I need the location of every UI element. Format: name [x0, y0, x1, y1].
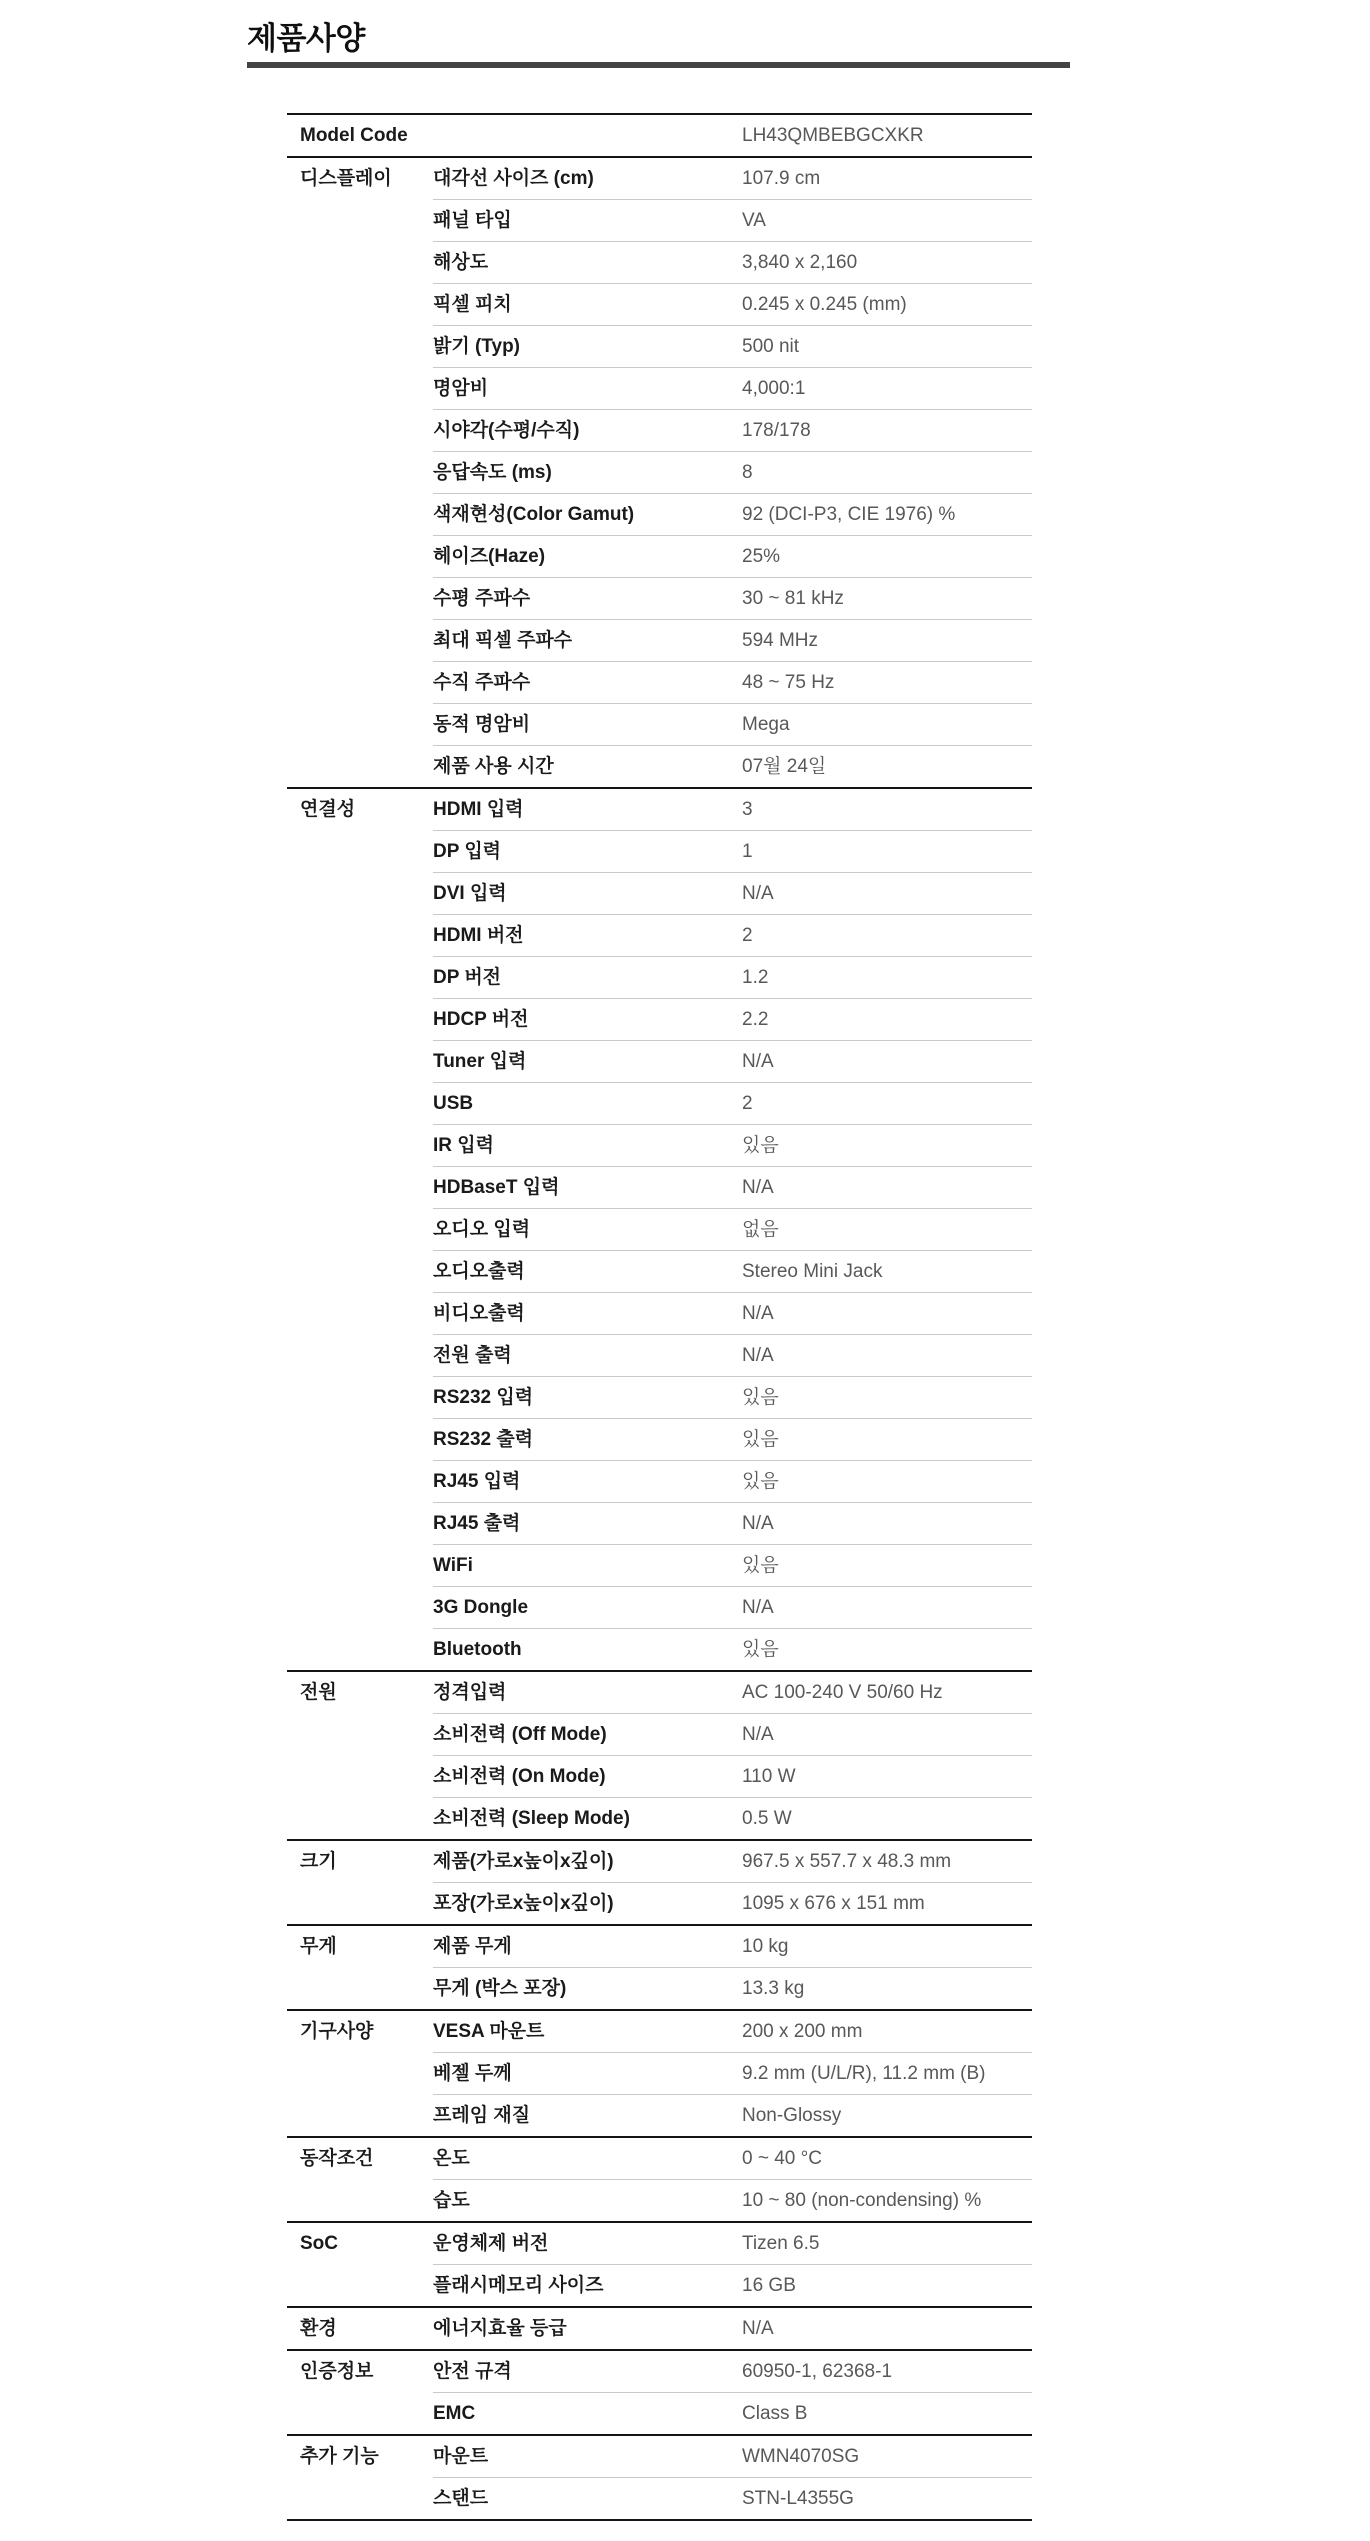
spec-value: 178/178 [742, 420, 1032, 441]
spec-section: 무게 제품 무게 10 kg 무게 (박스 포장) 13.3 kg [287, 1924, 1032, 2009]
spec-value: 07월 24일 [742, 756, 1032, 777]
section-name: 크기 [287, 1841, 433, 1924]
spec-value: N/A [742, 1177, 1032, 1198]
section-rows: 안전 규격 60950-1, 62368-1 EMC Class B [433, 2351, 1032, 2434]
spec-label: 밝기 (Typ) [433, 336, 742, 357]
spec-label: HDCP 버전 [433, 1009, 742, 1030]
spec-row: 최대 픽셀 주파수 594 MHz [433, 619, 1032, 661]
title-underline [247, 62, 1070, 68]
spec-label: WiFi [433, 1555, 742, 1576]
spec-label: 플래시메모리 사이즈 [433, 2275, 742, 2296]
spec-value: 있음 [742, 1135, 1032, 1156]
spec-value: 0 ~ 40 °C [742, 2148, 1032, 2169]
spec-row: 비디오출력 N/A [433, 1292, 1032, 1334]
section-rows: 에너지효율 등급 N/A [433, 2308, 1032, 2349]
spec-label: 제품 사용 시간 [433, 756, 742, 777]
spec-value: 500 nit [742, 336, 1032, 357]
spec-label: 시야각(수평/수직) [433, 420, 742, 441]
spec-row: 온도 0 ~ 40 °C [433, 2138, 1032, 2179]
spec-row: IR 입력 있음 [433, 1124, 1032, 1166]
spec-label: 포장(가로x높이x깊이) [433, 1893, 742, 1914]
spec-value: Class B [742, 2403, 1032, 2424]
spec-value: 10 kg [742, 1936, 1032, 1957]
spec-label: 소비전력 (Sleep Mode) [433, 1808, 742, 1829]
spec-label: 소비전력 (On Mode) [433, 1766, 742, 1787]
spec-row: HDMI 입력 3 [433, 789, 1032, 830]
model-code-value: LH43QMBEBGCXKR [742, 125, 1032, 146]
section-name: SoC [287, 2223, 433, 2306]
spec-value: 10 ~ 80 (non-condensing) % [742, 2190, 1032, 2211]
spec-row: 프레임 재질 Non-Glossy [433, 2094, 1032, 2136]
spec-row: 마운트 WMN4070SG [433, 2436, 1032, 2477]
spec-row: DP 입력 1 [433, 830, 1032, 872]
section-rows: 정격입력 AC 100-240 V 50/60 Hz 소비전력 (Off Mod… [433, 1672, 1032, 1839]
model-code-row: Model Code LH43QMBEBGCXKR [287, 115, 1032, 156]
spec-value: 없음 [742, 1219, 1032, 1240]
spec-row: Tuner 입력 N/A [433, 1040, 1032, 1082]
spec-value: 있음 [742, 1387, 1032, 1408]
spec-label: VESA 마운트 [433, 2021, 742, 2042]
spec-row: 전원 출력 N/A [433, 1334, 1032, 1376]
section-name: 추가 기능 [287, 2436, 433, 2519]
section-name: 환경 [287, 2308, 433, 2349]
spec-value: N/A [742, 883, 1032, 904]
spec-section: SoC 운영체제 버전 Tizen 6.5 플래시메모리 사이즈 16 GB [287, 2221, 1032, 2306]
spec-row: 소비전력 (Off Mode) N/A [433, 1713, 1032, 1755]
spec-label: IR 입력 [433, 1135, 742, 1156]
spec-value: 30 ~ 81 kHz [742, 588, 1032, 609]
spec-row: 운영체제 버전 Tizen 6.5 [433, 2223, 1032, 2264]
section-name: 동작조건 [287, 2138, 433, 2221]
spec-row: DVI 입력 N/A [433, 872, 1032, 914]
page-title: 제품사양 [247, 13, 365, 58]
spec-row: RS232 출력 있음 [433, 1418, 1032, 1460]
spec-value: 1095 x 676 x 151 mm [742, 1893, 1032, 1914]
spec-label: 마운트 [433, 2446, 742, 2467]
spec-value: N/A [742, 1051, 1032, 1072]
spec-row: HDMI 버전 2 [433, 914, 1032, 956]
spec-row: EMC Class B [433, 2392, 1032, 2434]
spec-row: 제품(가로x높이x깊이) 967.5 x 557.7 x 48.3 mm [433, 1841, 1032, 1882]
spec-value: N/A [742, 1597, 1032, 1618]
spec-value: 0.245 x 0.245 (mm) [742, 294, 1032, 315]
section-rows: HDMI 입력 3 DP 입력 1 DVI 입력 N/A HDMI 버전 2 D… [433, 789, 1032, 1670]
spec-value: Stereo Mini Jack [742, 1261, 1032, 1282]
spec-value: 13.3 kg [742, 1978, 1032, 1999]
spec-label: 색재현성(Color Gamut) [433, 504, 742, 525]
spec-label: 최대 픽셀 주파수 [433, 630, 742, 651]
spec-label: DVI 입력 [433, 883, 742, 904]
spec-row: 베젤 두께 9.2 mm (U/L/R), 11.2 mm (B) [433, 2052, 1032, 2094]
spec-label: 수평 주파수 [433, 588, 742, 609]
spec-row: RS232 입력 있음 [433, 1376, 1032, 1418]
spec-label: 오디오출력 [433, 1261, 742, 1282]
section-rows: VESA 마운트 200 x 200 mm 베젤 두께 9.2 mm (U/L/… [433, 2011, 1032, 2136]
spec-value: Tizen 6.5 [742, 2233, 1032, 2254]
spec-label: RJ45 입력 [433, 1471, 742, 1492]
spec-section: 크기 제품(가로x높이x깊이) 967.5 x 557.7 x 48.3 mm … [287, 1839, 1032, 1924]
spec-row: WiFi 있음 [433, 1544, 1032, 1586]
spec-value: 1.2 [742, 967, 1032, 988]
section-rows: 제품(가로x높이x깊이) 967.5 x 557.7 x 48.3 mm 포장(… [433, 1841, 1032, 1924]
spec-label: 제품(가로x높이x깊이) [433, 1851, 742, 1872]
spec-section: 추가 기능 마운트 WMN4070SG 스탠드 STN-L4355G [287, 2434, 1032, 2519]
spec-row: 에너지효율 등급 N/A [433, 2308, 1032, 2349]
spec-label: RS232 출력 [433, 1429, 742, 1450]
section-rows: 마운트 WMN4070SG 스탠드 STN-L4355G [433, 2436, 1032, 2519]
spec-value: 3 [742, 799, 1032, 820]
spec-label: RS232 입력 [433, 1387, 742, 1408]
spec-value: 200 x 200 mm [742, 2021, 1032, 2042]
spec-row: 정격입력 AC 100-240 V 50/60 Hz [433, 1672, 1032, 1713]
spec-row: 대각선 사이즈 (cm) 107.9 cm [433, 158, 1032, 199]
spec-value: STN-L4355G [742, 2488, 1032, 2509]
section-name: 무게 [287, 1926, 433, 2009]
spec-row: 제품 사용 시간 07월 24일 [433, 745, 1032, 787]
spec-label: DP 버전 [433, 967, 742, 988]
spec-value: 0.5 W [742, 1808, 1032, 1829]
spec-label: 온도 [433, 2148, 742, 2169]
spec-section: 전원 정격입력 AC 100-240 V 50/60 Hz 소비전력 (Off … [287, 1670, 1032, 1839]
spec-value: 있음 [742, 1555, 1032, 1576]
spec-value: VA [742, 210, 1032, 231]
spec-value: 1 [742, 841, 1032, 862]
section-name: 연결성 [287, 789, 433, 1670]
spec-row: 헤이즈(Haze) 25% [433, 535, 1032, 577]
spec-label: 오디오 입력 [433, 1219, 742, 1240]
spec-label: 운영체제 버전 [433, 2233, 742, 2254]
spec-label: HDMI 버전 [433, 925, 742, 946]
spec-value: N/A [742, 1303, 1032, 1324]
spec-row: 밝기 (Typ) 500 nit [433, 325, 1032, 367]
spec-row: 응답속도 (ms) 8 [433, 451, 1032, 493]
spec-section: 동작조건 온도 0 ~ 40 °C 습도 10 ~ 80 (non-conden… [287, 2136, 1032, 2221]
spec-row: 안전 규격 60950-1, 62368-1 [433, 2351, 1032, 2392]
spec-value: N/A [742, 2318, 1032, 2339]
section-rows: 온도 0 ~ 40 °C 습도 10 ~ 80 (non-condensing)… [433, 2138, 1032, 2221]
spec-label: HDMI 입력 [433, 799, 742, 820]
spec-value: 있음 [742, 1471, 1032, 1492]
spec-value: 3,840 x 2,160 [742, 252, 1032, 273]
spec-label: 동적 명암비 [433, 714, 742, 735]
spec-value: 594 MHz [742, 630, 1032, 651]
spec-section: 디스플레이 대각선 사이즈 (cm) 107.9 cm 패널 타입 VA 해상도… [287, 156, 1032, 787]
spec-row: 시야각(수평/수직) 178/178 [433, 409, 1032, 451]
spec-label: 스탠드 [433, 2488, 742, 2509]
spec-label: 비디오출력 [433, 1303, 742, 1324]
spec-value: 있음 [742, 1639, 1032, 1660]
spec-row: RJ45 출력 N/A [433, 1502, 1032, 1544]
spec-row: 해상도 3,840 x 2,160 [433, 241, 1032, 283]
spec-value: N/A [742, 1724, 1032, 1745]
spec-label: 에너지효율 등급 [433, 2318, 742, 2339]
section-rows: 대각선 사이즈 (cm) 107.9 cm 패널 타입 VA 해상도 3,840… [433, 158, 1032, 787]
spec-value: 4,000:1 [742, 378, 1032, 399]
spec-row: 무게 (박스 포장) 13.3 kg [433, 1967, 1032, 2009]
spec-value: AC 100-240 V 50/60 Hz [742, 1682, 1032, 1703]
spec-value: Mega [742, 714, 1032, 735]
spec-row: 색재현성(Color Gamut) 92 (DCI-P3, CIE 1976) … [433, 493, 1032, 535]
spec-label: 무게 (박스 포장) [433, 1978, 742, 1999]
spec-row: HDCP 버전 2.2 [433, 998, 1032, 1040]
spec-label: RJ45 출력 [433, 1513, 742, 1534]
spec-row: USB 2 [433, 1082, 1032, 1124]
spec-label: 정격입력 [433, 1682, 742, 1703]
section-name: 전원 [287, 1672, 433, 1839]
spec-value: Non-Glossy [742, 2105, 1032, 2126]
spec-section: 환경 에너지효율 등급 N/A [287, 2306, 1032, 2349]
spec-value: 92 (DCI-P3, CIE 1976) % [742, 504, 1032, 525]
spec-row: 포장(가로x높이x깊이) 1095 x 676 x 151 mm [433, 1882, 1032, 1924]
spec-label: Tuner 입력 [433, 1051, 742, 1072]
spec-row: DP 버전 1.2 [433, 956, 1032, 998]
spec-value: 9.2 mm (U/L/R), 11.2 mm (B) [742, 2063, 1032, 2084]
spec-label: 프레임 재질 [433, 2105, 742, 2126]
spec-row: VESA 마운트 200 x 200 mm [433, 2011, 1032, 2052]
spec-row: 오디오출력 Stereo Mini Jack [433, 1250, 1032, 1292]
model-code-label: Model Code [287, 125, 742, 147]
spec-row: 습도 10 ~ 80 (non-condensing) % [433, 2179, 1032, 2221]
spec-row: 오디오 입력 없음 [433, 1208, 1032, 1250]
spec-label: 대각선 사이즈 (cm) [433, 168, 742, 189]
spec-row: 명암비 4,000:1 [433, 367, 1032, 409]
spec-value: N/A [742, 1345, 1032, 1366]
spec-label: 응답속도 (ms) [433, 462, 742, 483]
spec-table: Model Code LH43QMBEBGCXKR 디스플레이 대각선 사이즈 … [287, 113, 1032, 2521]
spec-row: 플래시메모리 사이즈 16 GB [433, 2264, 1032, 2306]
spec-row: 수직 주파수 48 ~ 75 Hz [433, 661, 1032, 703]
spec-value: 2 [742, 1093, 1032, 1114]
spec-label: 헤이즈(Haze) [433, 546, 742, 567]
spec-label: HDBaseT 입력 [433, 1177, 742, 1198]
spec-section: 인증정보 안전 규격 60950-1, 62368-1 EMC Class B [287, 2349, 1032, 2434]
spec-label: 명암비 [433, 378, 742, 399]
spec-value: 2 [742, 925, 1032, 946]
spec-row: 소비전력 (On Mode) 110 W [433, 1755, 1032, 1797]
spec-value: 2.2 [742, 1009, 1032, 1030]
spec-value: 48 ~ 75 Hz [742, 672, 1032, 693]
spec-row: 소비전력 (Sleep Mode) 0.5 W [433, 1797, 1032, 1839]
spec-label: Bluetooth [433, 1639, 742, 1660]
spec-label: 습도 [433, 2190, 742, 2211]
spec-value: N/A [742, 1513, 1032, 1534]
section-name: 디스플레이 [287, 158, 433, 787]
product-spec-page: 제품사양 Model Code LH43QMBEBGCXKR 디스플레이 대각선… [0, 0, 1370, 2541]
spec-label: 해상도 [433, 252, 742, 273]
spec-value: 107.9 cm [742, 168, 1032, 189]
spec-label: 3G Dongle [433, 1597, 742, 1618]
spec-row: 패널 타입 VA [433, 199, 1032, 241]
spec-value: 16 GB [742, 2275, 1032, 2296]
spec-value: 있음 [742, 1429, 1032, 1450]
spec-row: HDBaseT 입력 N/A [433, 1166, 1032, 1208]
spec-label: 패널 타입 [433, 210, 742, 231]
spec-label: 전원 출력 [433, 1345, 742, 1366]
section-name: 기구사양 [287, 2011, 433, 2136]
spec-label: 제품 무게 [433, 1936, 742, 1957]
spec-value: WMN4070SG [742, 2446, 1032, 2467]
spec-value: 967.5 x 557.7 x 48.3 mm [742, 1851, 1032, 1872]
section-rows: 운영체제 버전 Tizen 6.5 플래시메모리 사이즈 16 GB [433, 2223, 1032, 2306]
spec-row: 스탠드 STN-L4355G [433, 2477, 1032, 2519]
spec-label: 수직 주파수 [433, 672, 742, 693]
spec-value: 8 [742, 462, 1032, 483]
spec-label: 소비전력 (Off Mode) [433, 1724, 742, 1745]
spec-value: 25% [742, 546, 1032, 567]
spec-label: DP 입력 [433, 841, 742, 862]
spec-row: Bluetooth 있음 [433, 1628, 1032, 1670]
spec-label: 안전 규격 [433, 2361, 742, 2382]
section-rows: 제품 무게 10 kg 무게 (박스 포장) 13.3 kg [433, 1926, 1032, 2009]
spec-section: 연결성 HDMI 입력 3 DP 입력 1 DVI 입력 N/A HDMI 버전… [287, 787, 1032, 1670]
spec-section: 기구사양 VESA 마운트 200 x 200 mm 베젤 두께 9.2 mm … [287, 2009, 1032, 2136]
spec-label: 픽셀 피치 [433, 294, 742, 315]
spec-value: 60950-1, 62368-1 [742, 2361, 1032, 2382]
spec-label: USB [433, 1093, 742, 1114]
spec-value: 110 W [742, 1766, 1032, 1787]
spec-row: RJ45 입력 있음 [433, 1460, 1032, 1502]
spec-row: 픽셀 피치 0.245 x 0.245 (mm) [433, 283, 1032, 325]
section-name: 인증정보 [287, 2351, 433, 2434]
spec-label: 베젤 두께 [433, 2063, 742, 2084]
spec-row: 3G Dongle N/A [433, 1586, 1032, 1628]
spec-row: 수평 주파수 30 ~ 81 kHz [433, 577, 1032, 619]
spec-row: 제품 무게 10 kg [433, 1926, 1032, 1967]
spec-row: 동적 명암비 Mega [433, 703, 1032, 745]
spec-label: EMC [433, 2403, 742, 2424]
